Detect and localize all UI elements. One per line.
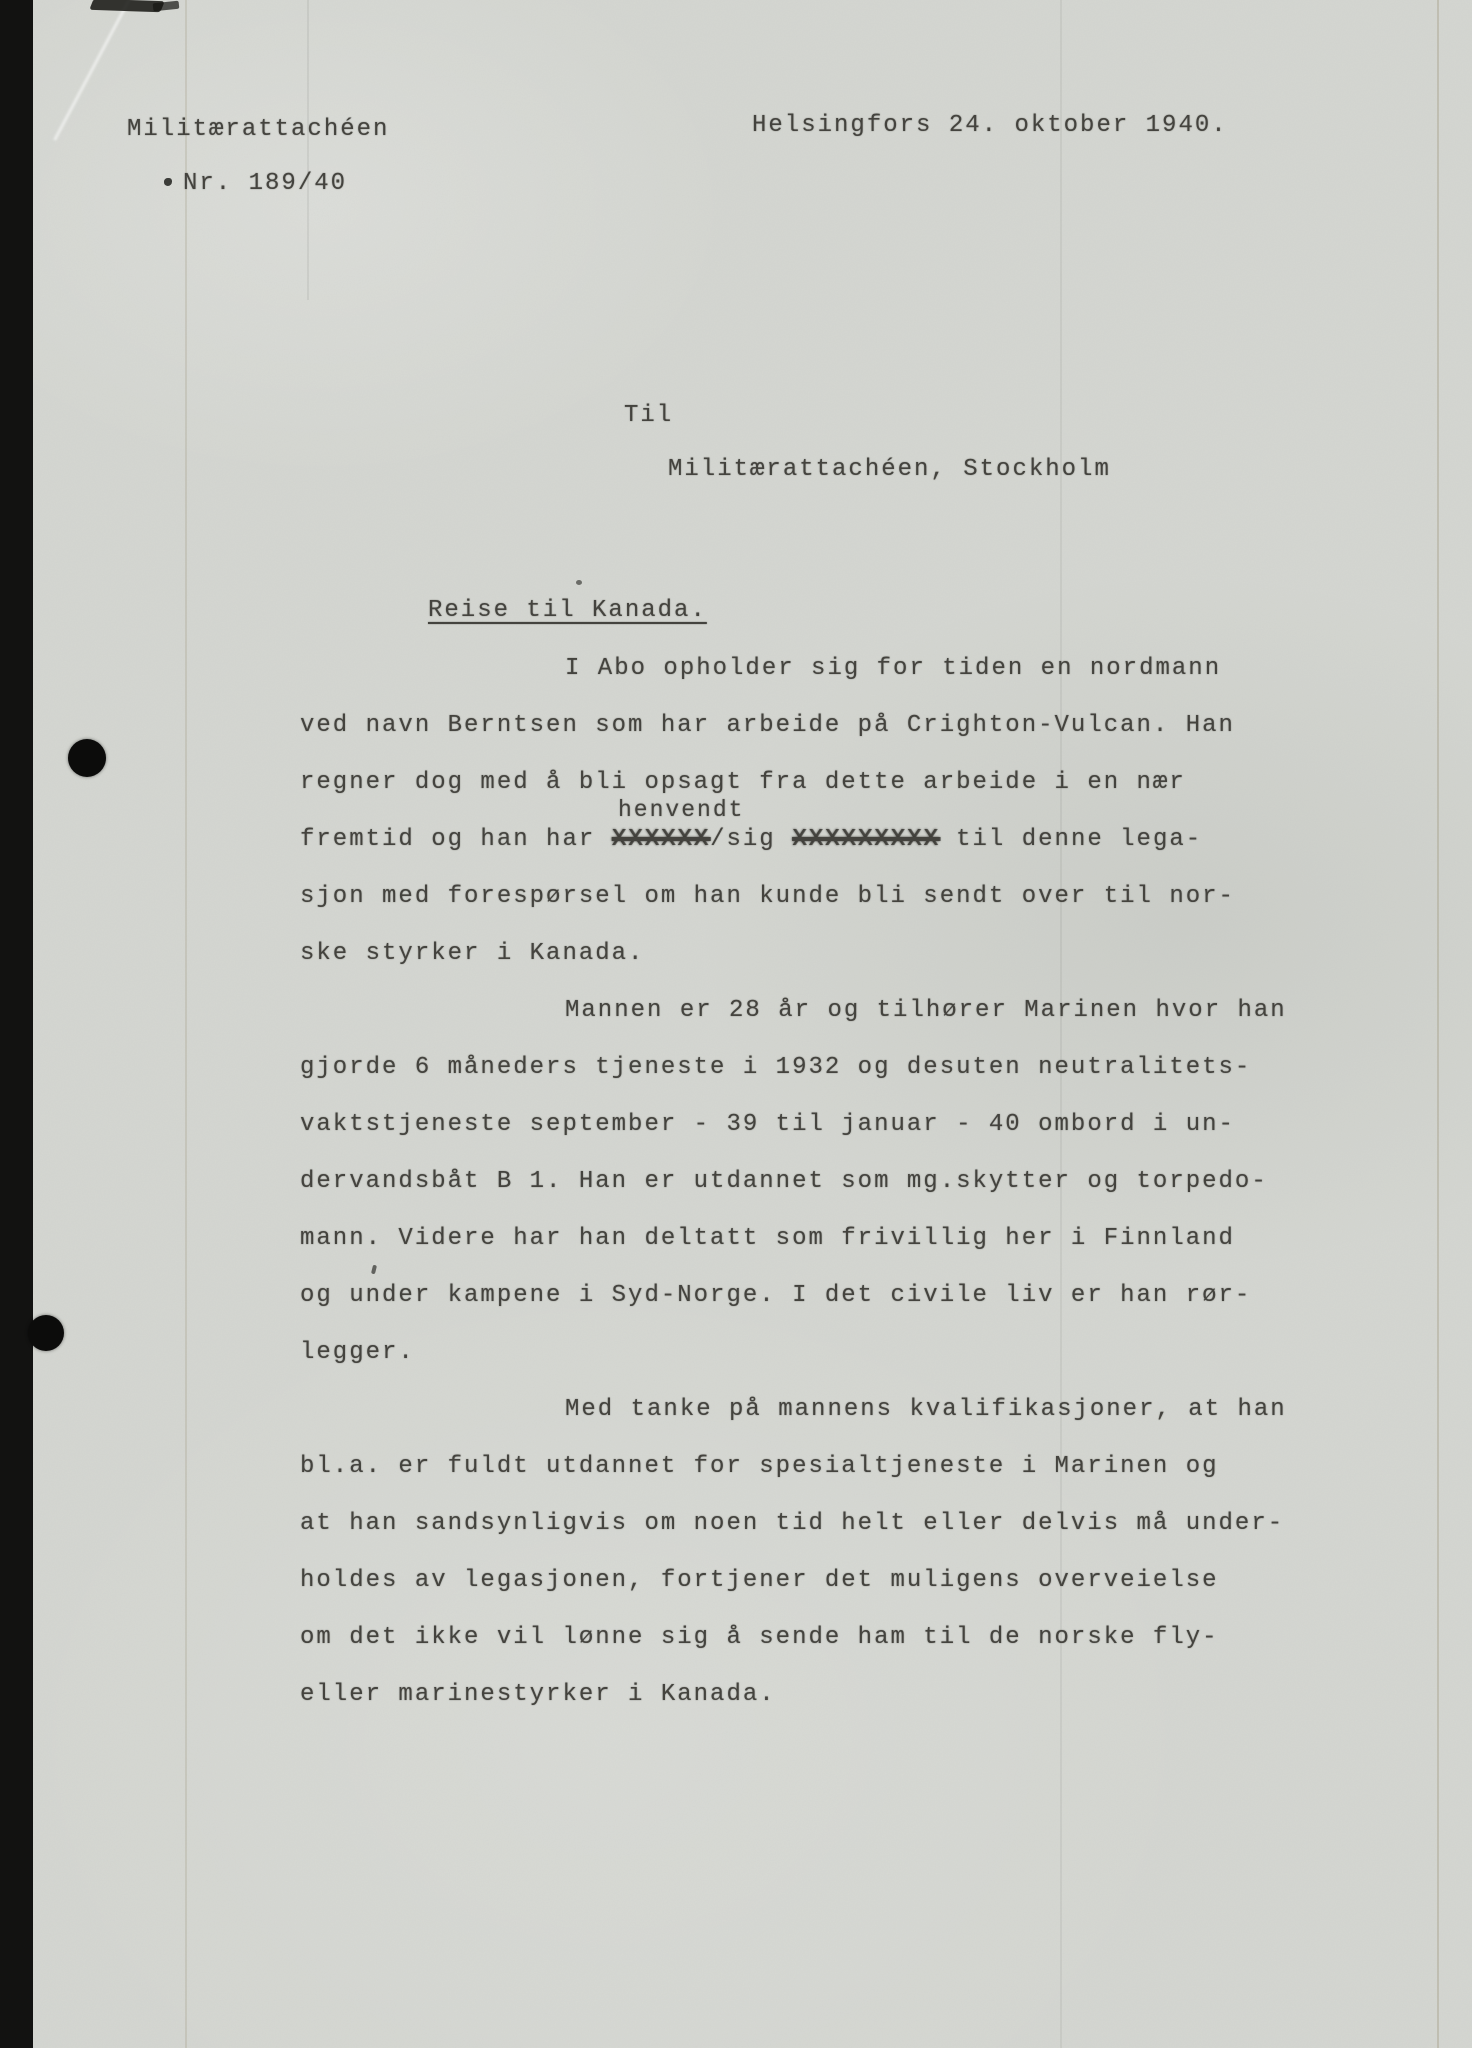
text-line: I Abo opholder sig for tiden en nordmann — [300, 640, 1330, 697]
text-line: eller marinestyrker i Kanada. — [300, 1666, 1330, 1723]
text-line: bl.a. er fuldt utdannet for spesialtjene… — [300, 1438, 1330, 1495]
text-segment: fremtid og han har — [300, 826, 612, 853]
recipient-name: Militærattachéen, Stockholm — [668, 456, 1111, 483]
text-line: mann. Videre har han deltatt som frivill… — [300, 1210, 1330, 1267]
text-line: holdes av legasjonen, fortjener det muli… — [300, 1552, 1330, 1609]
body-text: I Abo opholder sig for tiden en nordmann… — [300, 640, 1330, 1723]
ref-number: Nr. 189/40 — [183, 170, 347, 197]
text-line: at han sandsynligvis om noen tid helt el… — [300, 1495, 1330, 1552]
text-line: ved navn Berntsen som har arbeide på Cri… — [300, 697, 1330, 754]
fold-crease-right — [1437, 0, 1439, 2048]
scanned-document: Militærattachéen Nr. 189/40 Helsingfors … — [0, 0, 1472, 2048]
text-line: vaktstjeneste september - 39 til januar … — [300, 1096, 1330, 1153]
sender: Militærattachéen — [127, 116, 389, 143]
text-line: sjon med forespørsel om han kunde bli se… — [300, 868, 1330, 925]
text-line: Mannen er 28 år og tilhører Marinen hvor… — [300, 982, 1330, 1039]
subject-heading: Reise til Kanada. — [428, 597, 707, 624]
text-segment: til denne lega- — [940, 826, 1202, 853]
text-line: og under kampene i Syd-Norge. I det civi… — [300, 1267, 1330, 1324]
dateline: Helsingfors 24. oktober 1940. — [752, 112, 1228, 139]
punch-hole-bottom — [28, 1315, 64, 1351]
text-line: dervandsbåt B 1. Han er utdannet som mg.… — [300, 1153, 1330, 1210]
text-line: om det ikke vil lønne sig å sende ham ti… — [300, 1609, 1330, 1666]
ink-speck-ref — [164, 178, 172, 186]
punch-hole-top — [68, 739, 106, 777]
text-line: ske styrker i Kanada. — [300, 925, 1330, 982]
text-line: regner dog med å bli opsagt fra dette ar… — [300, 754, 1330, 811]
to-label: Til — [624, 402, 673, 429]
text-line: Med tanke på mannens kvalifikasjoner, at… — [300, 1381, 1330, 1438]
paper: Militærattachéen Nr. 189/40 Helsingfors … — [33, 0, 1472, 2048]
typed-insertion: henvendt — [618, 782, 744, 839]
edge-mark-small — [153, 1, 180, 12]
fold-crease-left — [185, 0, 187, 2048]
corner-crease — [53, 0, 135, 141]
text-line: legger. — [300, 1324, 1330, 1381]
fold-crease-top-left — [307, 0, 309, 300]
struck-out-text: XXXXXXXXX — [792, 826, 940, 853]
text-line: gjorde 6 måneders tjeneste i 1932 og des… — [300, 1039, 1330, 1096]
text-line: fremtid og han har XXXXXX/sig XXXXXXXXX … — [300, 811, 1330, 868]
ink-speck-heading — [576, 580, 582, 585]
